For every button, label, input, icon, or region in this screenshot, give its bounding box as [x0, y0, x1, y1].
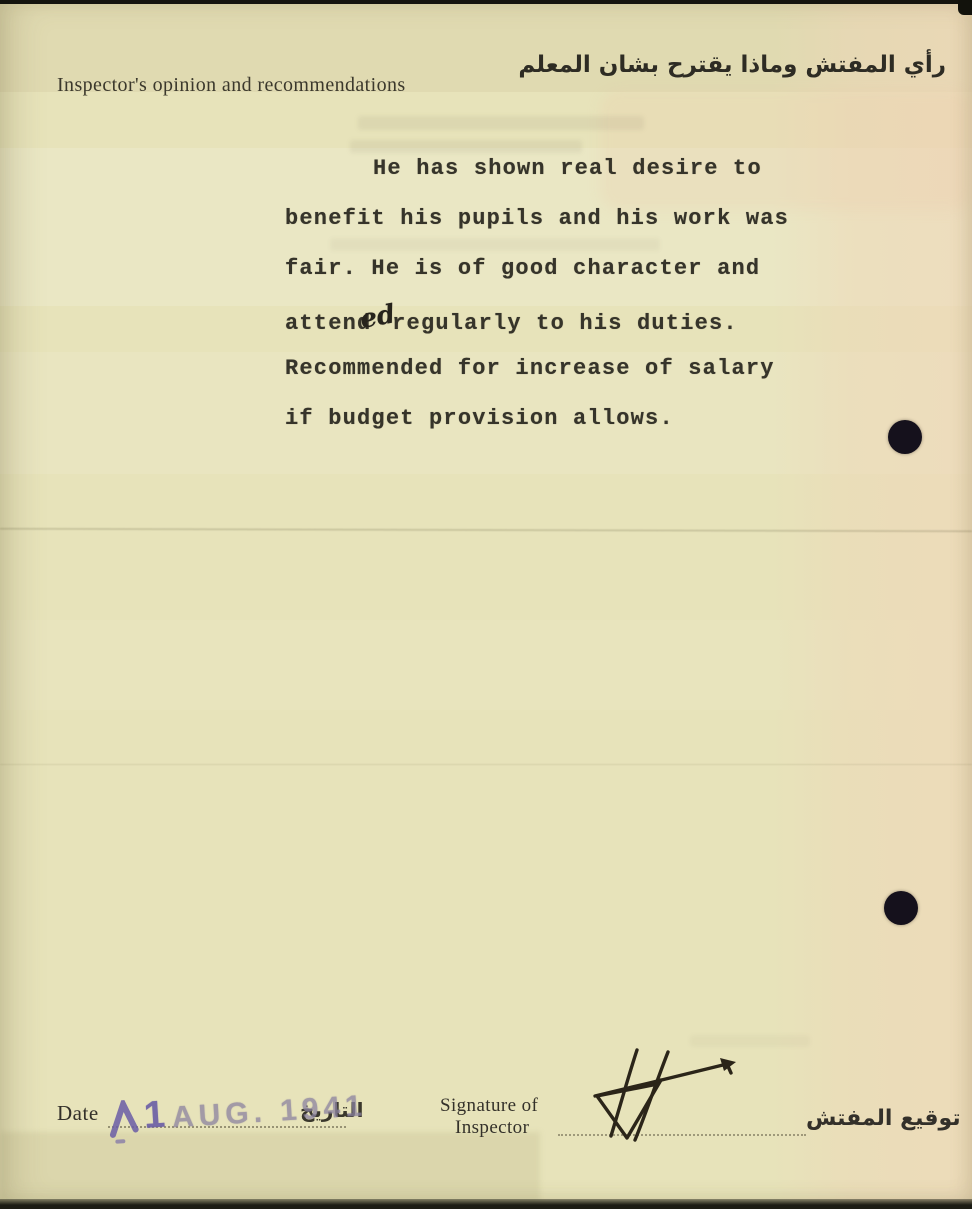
signature-label-line1: Signature of — [440, 1095, 538, 1117]
scan-dark-patch-bottom-left — [0, 1132, 540, 1202]
scan-edge-top — [0, 0, 972, 4]
opinion-line-1: He has shown real desire to — [373, 156, 762, 182]
scan-pink-patch-top-right — [600, 90, 972, 210]
signature-label-arabic: توقيع المفتش — [806, 1106, 961, 1131]
opinion-line-6: if budget provision allows. — [285, 406, 674, 432]
signature-label-line2: Inspector — [455, 1117, 529, 1139]
date-stamp: 1 AUG. 1941 — [99, 1082, 352, 1149]
scan-edge-top-right-corner — [958, 0, 972, 15]
header-title-arabic: رأي المفتش وماذا يقترح بشان المعلم — [518, 52, 946, 78]
scan-edge-bottom — [0, 1199, 972, 1209]
bleed-through-ghost-text — [358, 116, 644, 130]
paper-crease-line-lower — [0, 764, 972, 765]
bleed-through-ghost-text — [350, 140, 582, 153]
paper-crease-line-upper — [0, 528, 972, 533]
bleed-through-ghost-text — [330, 238, 660, 251]
stamp-month-year: AUG. 1941 — [171, 1089, 368, 1135]
opinion-line-2: benefit his pupils and his work was — [285, 206, 789, 232]
scan-tonal-band-light-3 — [0, 620, 972, 710]
stamp-partial-day-mark — [107, 1099, 144, 1145]
inspector-signature-scrawl — [545, 1028, 755, 1150]
opinion-line-4-typed-end: regularly to his duties. — [392, 311, 738, 336]
stamp-day: 1 — [143, 1094, 167, 1138]
opinion-line-4-typed-start: attend — [285, 311, 371, 336]
scanned-document-page: Inspector's opinion and recommendations … — [0, 0, 972, 1209]
punch-hole-lower — [884, 891, 918, 925]
punch-hole-upper — [888, 420, 922, 454]
opinion-line-3: fair. He is of good character and — [285, 256, 760, 282]
date-label: Date — [57, 1101, 99, 1126]
opinion-line-4: attendedregularly to his duties. — [285, 306, 738, 332]
handwritten-correction: ed — [358, 299, 397, 335]
scan-pink-right-band — [772, 0, 972, 1209]
opinion-line-5: Recommended for increase of salary — [285, 356, 775, 382]
header-title-english: Inspector's opinion and recommendations — [57, 74, 406, 97]
